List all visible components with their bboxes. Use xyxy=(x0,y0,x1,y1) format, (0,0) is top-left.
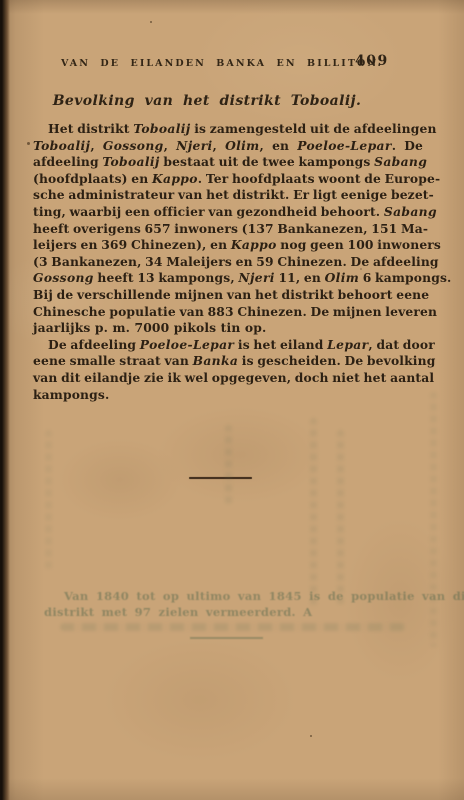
text-run: heeft 13 kampongs, xyxy=(94,270,239,285)
bleedthrough-text-line-1: Van 1840 tot op ultimo van 1845 is de po… xyxy=(64,589,464,603)
text-run: eene smalle straat van xyxy=(33,353,193,368)
bleedthrough-table-column xyxy=(310,418,317,608)
text-run: jaarlijks p. m. 7000 pikols tin op. xyxy=(33,320,266,335)
text-line: ting, waarbij een officier van gezondhei… xyxy=(33,204,423,221)
paper-speck xyxy=(310,735,312,737)
text-run: De afdeeling xyxy=(48,337,140,352)
text-run: kampongs. xyxy=(33,387,109,402)
text-line-content: De afdeeling Poeloe-Lepar is het eiland … xyxy=(48,337,435,352)
text-run: leijers en 369 Chinezen), en xyxy=(33,237,231,252)
bleedthrough-table-column xyxy=(337,430,344,605)
text-run: afdeeling xyxy=(33,154,102,169)
text-run: (hoofdplaats) en xyxy=(33,171,152,186)
text-run: 6 kampongs. xyxy=(359,270,451,285)
text-line-content: (3 Bankanezen, 34 Maleijers en 59 Chinez… xyxy=(33,254,439,269)
book-gutter-edge xyxy=(0,0,10,800)
text-line: De afdeeling Poeloe-Lepar is het eiland … xyxy=(33,337,423,354)
text-line-content: heeft overigens 657 inwoners (137 Bankan… xyxy=(33,221,428,236)
text-line: Toboalij, Gossong, Njeri, Olim, en Poelo… xyxy=(33,138,423,155)
text-line: (hoofdplaats) en Kappo. Ter hoofdplaats … xyxy=(33,171,423,188)
place-name-italic: Poeloe-Lepar xyxy=(140,337,234,352)
section-title: Bevolking van het distrikt Toboalij. xyxy=(53,93,362,109)
text-line: (3 Bankanezen, 34 Maleijers en 59 Chinez… xyxy=(33,254,423,271)
text-run: , xyxy=(90,138,103,153)
text-line-content: afdeeling Toboalij bestaat uit de twee k… xyxy=(33,154,427,169)
text-line: Bij de verschillende mijnen van het dist… xyxy=(33,287,423,304)
text-line: jaarlijks p. m. 7000 pikols tin op. xyxy=(33,320,423,337)
text-run: ting, waarbij een officier van gezondhei… xyxy=(33,204,384,219)
text-line-content: eene smalle straat van Banka is gescheid… xyxy=(33,353,435,368)
running-header-title: VAN DE EILANDEN BANKA EN BILLITON. xyxy=(61,58,383,69)
place-name-italic: Kappo xyxy=(231,237,277,252)
bleedthrough-divider-rule xyxy=(190,637,263,639)
section-divider-rule xyxy=(189,477,252,479)
text-line: afdeeling Toboalij bestaat uit de twee k… xyxy=(33,154,423,171)
text-line-content: leijers en 369 Chinezen), en Kappo nog g… xyxy=(33,237,441,252)
text-line-content: van dit eilandje zie ik wel opgegeven, d… xyxy=(33,370,434,385)
text-run: is het eiland xyxy=(234,337,327,352)
place-name-italic: Gossong xyxy=(103,138,164,153)
scanned-page: VAN DE EILANDEN BANKA EN BILLITON. 409 B… xyxy=(0,0,464,800)
place-name-italic: Gossong xyxy=(33,270,94,285)
text-run: , en xyxy=(260,138,298,153)
place-name-italic: Toboalij xyxy=(133,121,190,136)
text-line-content: Bij de verschillende mijnen van het dist… xyxy=(33,287,429,302)
text-run: . De xyxy=(392,138,423,153)
place-name-italic: Olim xyxy=(225,138,259,153)
bleedthrough-text-line-2: distrikt met 97 zielen vermeerderd. A xyxy=(44,605,312,619)
text-run: heeft overigens 657 inwoners (137 Bankan… xyxy=(33,221,428,236)
page-number: 409 xyxy=(355,53,389,69)
text-run: is gescheiden. De bevolking xyxy=(238,353,435,368)
paper-speck xyxy=(360,268,362,270)
text-line: Chinesche populatie van 883 Chinezen. De… xyxy=(33,304,423,321)
text-run: , dat door xyxy=(368,337,434,352)
bleedthrough-table-column xyxy=(45,430,52,570)
place-name-italic: Toboalij xyxy=(33,138,90,153)
text-run: bestaat uit de twee kampongs xyxy=(160,154,374,169)
text-line-content: Gossong heeft 13 kampongs, Njeri 11, en … xyxy=(33,270,451,285)
page-content: VAN DE EILANDEN BANKA EN BILLITON. 409 B… xyxy=(0,0,464,800)
place-name-italic: Njeri xyxy=(176,138,212,153)
text-run: (3 Bankanezen, 34 Maleijers en 59 Chinez… xyxy=(33,254,439,269)
place-name-italic: Poeloe-Lepar xyxy=(297,138,391,153)
text-line: van dit eilandje zie ik wel opgegeven, d… xyxy=(33,370,423,387)
text-run: sche administrateur van het distrikt. Er… xyxy=(33,187,434,202)
text-run: , xyxy=(164,138,177,153)
text-line-content: Het distrikt Toboalij is zamengesteld ui… xyxy=(48,121,437,136)
text-line: kampongs. xyxy=(33,387,423,404)
place-name-italic: Olim xyxy=(325,270,359,285)
bleedthrough-illegible-line xyxy=(60,623,405,631)
text-run: 11, en xyxy=(275,270,325,285)
body-text: Het distrikt Toboalij is zamengesteld ui… xyxy=(33,121,423,403)
text-run: van dit eilandje zie ik wel opgegeven, d… xyxy=(33,370,434,385)
text-line: leijers en 369 Chinezen), en Kappo nog g… xyxy=(33,237,423,254)
text-run: , xyxy=(213,138,226,153)
paper-speck xyxy=(27,142,30,145)
text-line: Gossong heeft 13 kampongs, Njeri 11, en … xyxy=(33,270,423,287)
text-line-content: kampongs. xyxy=(33,387,109,402)
text-line-content: ting, waarbij een officier van gezondhei… xyxy=(33,204,437,219)
place-name-italic: Kappo xyxy=(152,171,198,186)
paper-speck xyxy=(150,21,152,23)
place-name-italic: Sabang xyxy=(384,204,437,219)
text-run: . Ter hoofdplaats woont de Europe- xyxy=(198,171,440,186)
text-line-content: Toboalij, Gossong, Njeri, Olim, en Poelo… xyxy=(33,138,423,153)
place-name-italic: Lepar xyxy=(327,337,368,352)
bleedthrough-table-column xyxy=(430,392,437,647)
text-run: Bij de verschillende mijnen van het dist… xyxy=(33,287,429,302)
text-run: nog geen 100 inwoners xyxy=(277,237,441,252)
text-line-content: Chinesche populatie van 883 Chinezen. De… xyxy=(33,304,437,319)
text-line: eene smalle straat van Banka is gescheid… xyxy=(33,353,423,370)
text-line: sche administrateur van het distrikt. Er… xyxy=(33,187,423,204)
text-line-content: jaarlijks p. m. 7000 pikols tin op. xyxy=(33,320,266,335)
text-line: heeft overigens 657 inwoners (137 Bankan… xyxy=(33,221,423,238)
text-run: is zamengesteld uit de afdeelingen xyxy=(191,121,437,136)
bleedthrough-table-column xyxy=(225,425,232,505)
place-name-italic: Njeri xyxy=(238,270,274,285)
place-name-italic: Sabang xyxy=(374,154,427,169)
text-run: Chinesche populatie van 883 Chinezen. De… xyxy=(33,304,437,319)
text-line-content: (hoofdplaats) en Kappo. Ter hoofdplaats … xyxy=(33,171,440,186)
place-name-italic: Banka xyxy=(193,353,239,368)
text-line: Het distrikt Toboalij is zamengesteld ui… xyxy=(33,121,423,138)
place-name-italic: Toboalij xyxy=(102,154,159,169)
text-run: Het distrikt xyxy=(48,121,133,136)
text-line-content: sche administrateur van het distrikt. Er… xyxy=(33,187,434,202)
